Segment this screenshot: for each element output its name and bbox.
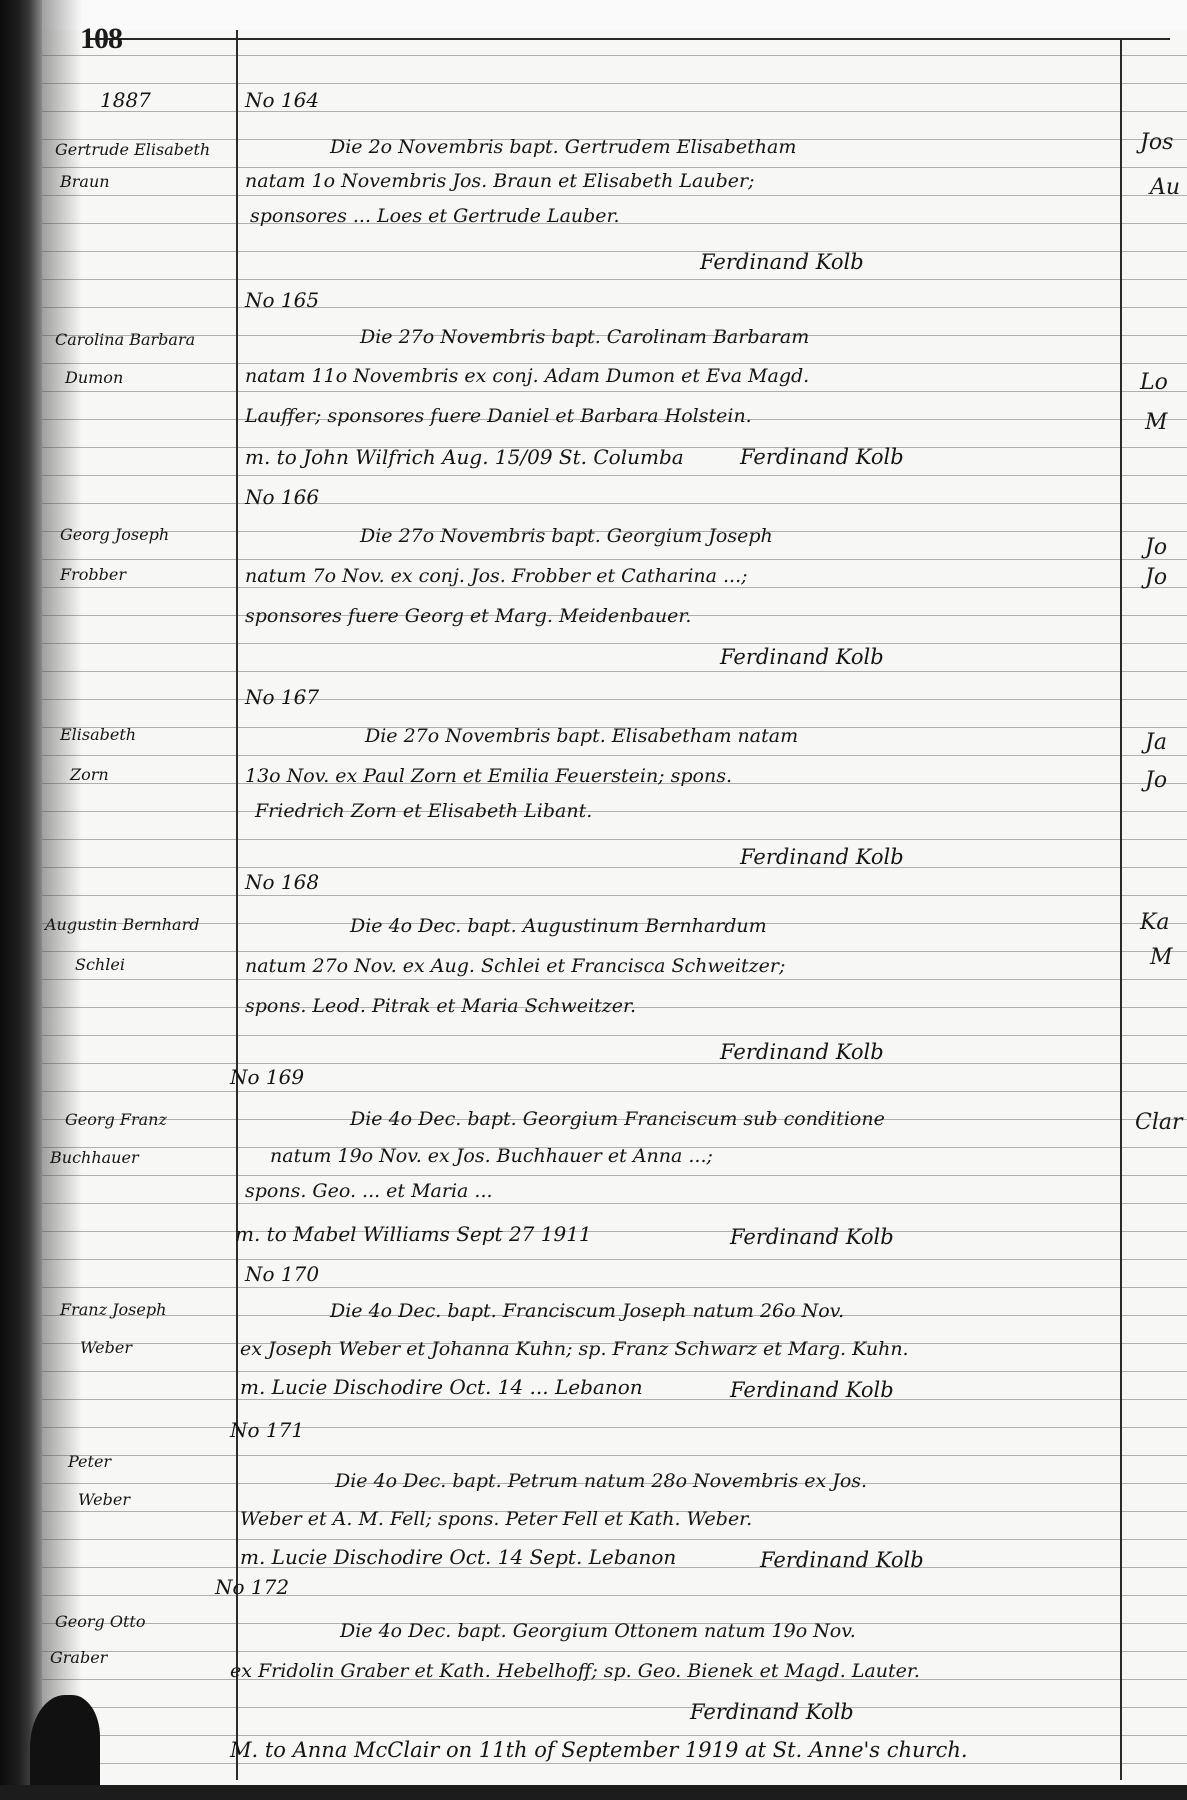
marriage-annotation: m. Lucie Dischodire Oct. 14 ... Lebanon [240, 1375, 643, 1399]
entry-number: No 172 [215, 1575, 289, 1599]
page-right-edge [1120, 40, 1122, 1780]
entry-line: Die 27o Novembris bapt. Carolinam Barbar… [360, 326, 809, 348]
entry-line: natum 19o Nov. ex Jos. Buchhauer et Anna… [270, 1145, 713, 1167]
entry-line: Die 4o Dec. bapt. Petrum natum 28o Novem… [335, 1470, 867, 1492]
margin-surname: Braun [60, 172, 110, 191]
right-page-fragment: M [1145, 410, 1168, 435]
priest-signature: Ferdinand Kolb [730, 1378, 894, 1402]
entry-line: Friedrich Zorn et Elisabeth Libant. [255, 800, 592, 822]
page-number: 108 [80, 22, 122, 56]
book-binding [0, 0, 42, 1800]
entry-number: No 165 [245, 288, 319, 312]
entry-line: Die 4o Dec. bapt. Augustinum Bernhardum [350, 915, 767, 937]
entry-line: ex Fridolin Graber et Kath. Hebelhoff; s… [230, 1660, 920, 1682]
entry-line: spons. Geo. ... et Maria ... [245, 1180, 493, 1202]
entry-number: No 170 [245, 1262, 319, 1286]
right-page-fragment: Jo [1145, 565, 1167, 590]
priest-signature: Ferdinand Kolb [740, 845, 904, 869]
priest-signature: Ferdinand Kolb [720, 645, 884, 669]
top-margin [0, 0, 1187, 30]
margin-given-names: Georg Franz [65, 1110, 167, 1129]
entry-line: Die 27o Novembris bapt. Elisabetham nata… [365, 725, 798, 747]
marriage-annotation: M. to Anna McClair on 11th of September … [230, 1738, 968, 1762]
marriage-annotation: m. to Mabel Williams Sept 27 1911 [235, 1222, 592, 1246]
priest-signature: Ferdinand Kolb [700, 250, 864, 274]
margin-surname: Zorn [70, 765, 109, 784]
entry-line: Die 27o Novembris bapt. Georgium Joseph [360, 525, 773, 547]
margin-given-names: Franz Joseph [60, 1300, 166, 1319]
right-page-fragment: Jos [1140, 130, 1173, 155]
entry-line: natum 27o Nov. ex Aug. Schlei et Francis… [245, 955, 785, 977]
entry-line: natum 7o Nov. ex conj. Jos. Frobber et C… [245, 565, 748, 587]
priest-signature: Ferdinand Kolb [760, 1548, 924, 1572]
entry-line: Lauffer; sponsores fuere Daniel et Barba… [245, 405, 752, 427]
margin-surname: Schlei [75, 955, 125, 974]
right-page-fragment: Lo [1140, 370, 1168, 395]
priest-signature: Ferdinand Kolb [690, 1700, 854, 1724]
right-page-fragment: Jo [1145, 768, 1167, 793]
margin-given-names: Augustin Bernhard [45, 915, 199, 934]
entry-number: No 166 [245, 485, 319, 509]
margin-given-names: Peter [68, 1452, 111, 1471]
right-page-fragment: Ka [1140, 910, 1170, 935]
column-divider-margin [236, 30, 238, 1780]
marriage-annotation: m. to John Wilfrich Aug. 15/09 St. Colum… [245, 445, 684, 469]
margin-surname: Dumon [65, 368, 123, 387]
entry-line: sponsores fuere Georg et Marg. Meidenbau… [245, 605, 691, 627]
entry-number: No 171 [230, 1418, 304, 1442]
margin-surname: Buchhauer [50, 1148, 139, 1167]
margin-given-names: Gertrude Elisabeth [55, 140, 210, 159]
entry-line: natam 1o Novembris Jos. Braun et Elisabe… [245, 170, 755, 192]
scan-bottom-edge [0, 1785, 1187, 1800]
margin-given-names: Georg Joseph [60, 525, 169, 544]
entry-number: No 164 [245, 88, 319, 112]
entry-line: Weber et A. M. Fell; spons. Peter Fell e… [240, 1508, 752, 1530]
header-rule [90, 38, 1170, 40]
entry-number: No 169 [230, 1065, 304, 1089]
margin-given-names: Carolina Barbara [55, 330, 195, 349]
entry-number: No 167 [245, 685, 319, 709]
entry-line: Die 4o Dec. bapt. Georgium Franciscum su… [350, 1108, 885, 1130]
entry-number: No 168 [245, 870, 319, 894]
margin-surname: Weber [80, 1338, 132, 1357]
entry-line: natam 11o Novembris ex conj. Adam Dumon … [245, 365, 809, 387]
gutter-shadow [42, 0, 82, 1800]
margin-surname: Weber [78, 1490, 130, 1509]
margin-surname: Graber [50, 1648, 107, 1667]
marriage-annotation: m. Lucie Dischodire Oct. 14 Sept. Lebano… [240, 1545, 676, 1569]
margin-given-names: Georg Otto [55, 1612, 145, 1631]
margin-surname: Frobber [60, 565, 126, 584]
entry-line: Die 4o Dec. bapt. Franciscum Joseph natu… [330, 1300, 844, 1322]
entry-line: 13o Nov. ex Paul Zorn et Emilia Feuerste… [245, 765, 732, 787]
entry-line: spons. Leod. Pitrak et Maria Schweitzer. [245, 995, 636, 1017]
entry-line: sponsores ... Loes et Gertrude Lauber. [250, 205, 620, 227]
right-page-fragment: Au [1150, 175, 1180, 200]
entry-line: ex Joseph Weber et Johanna Kuhn; sp. Fra… [240, 1338, 909, 1360]
ledger-page: 108 1887 No 164 Gertrude Elisabeth Braun… [0, 0, 1187, 1800]
priest-signature: Ferdinand Kolb [730, 1225, 894, 1249]
right-page-fragment: Jo [1145, 535, 1167, 560]
year-label: 1887 [100, 88, 151, 112]
entry-line: Die 4o Dec. bapt. Georgium Ottonem natum… [340, 1620, 856, 1642]
right-page-fragment: Clar [1135, 1110, 1183, 1135]
margin-given-names: Elisabeth [60, 725, 136, 744]
right-page-fragment: Ja [1145, 730, 1167, 755]
priest-signature: Ferdinand Kolb [740, 445, 904, 469]
priest-signature: Ferdinand Kolb [720, 1040, 884, 1064]
right-page-fragment: M [1150, 945, 1173, 970]
entry-line: Die 2o Novembris bapt. Gertrudem Elisabe… [330, 136, 796, 158]
